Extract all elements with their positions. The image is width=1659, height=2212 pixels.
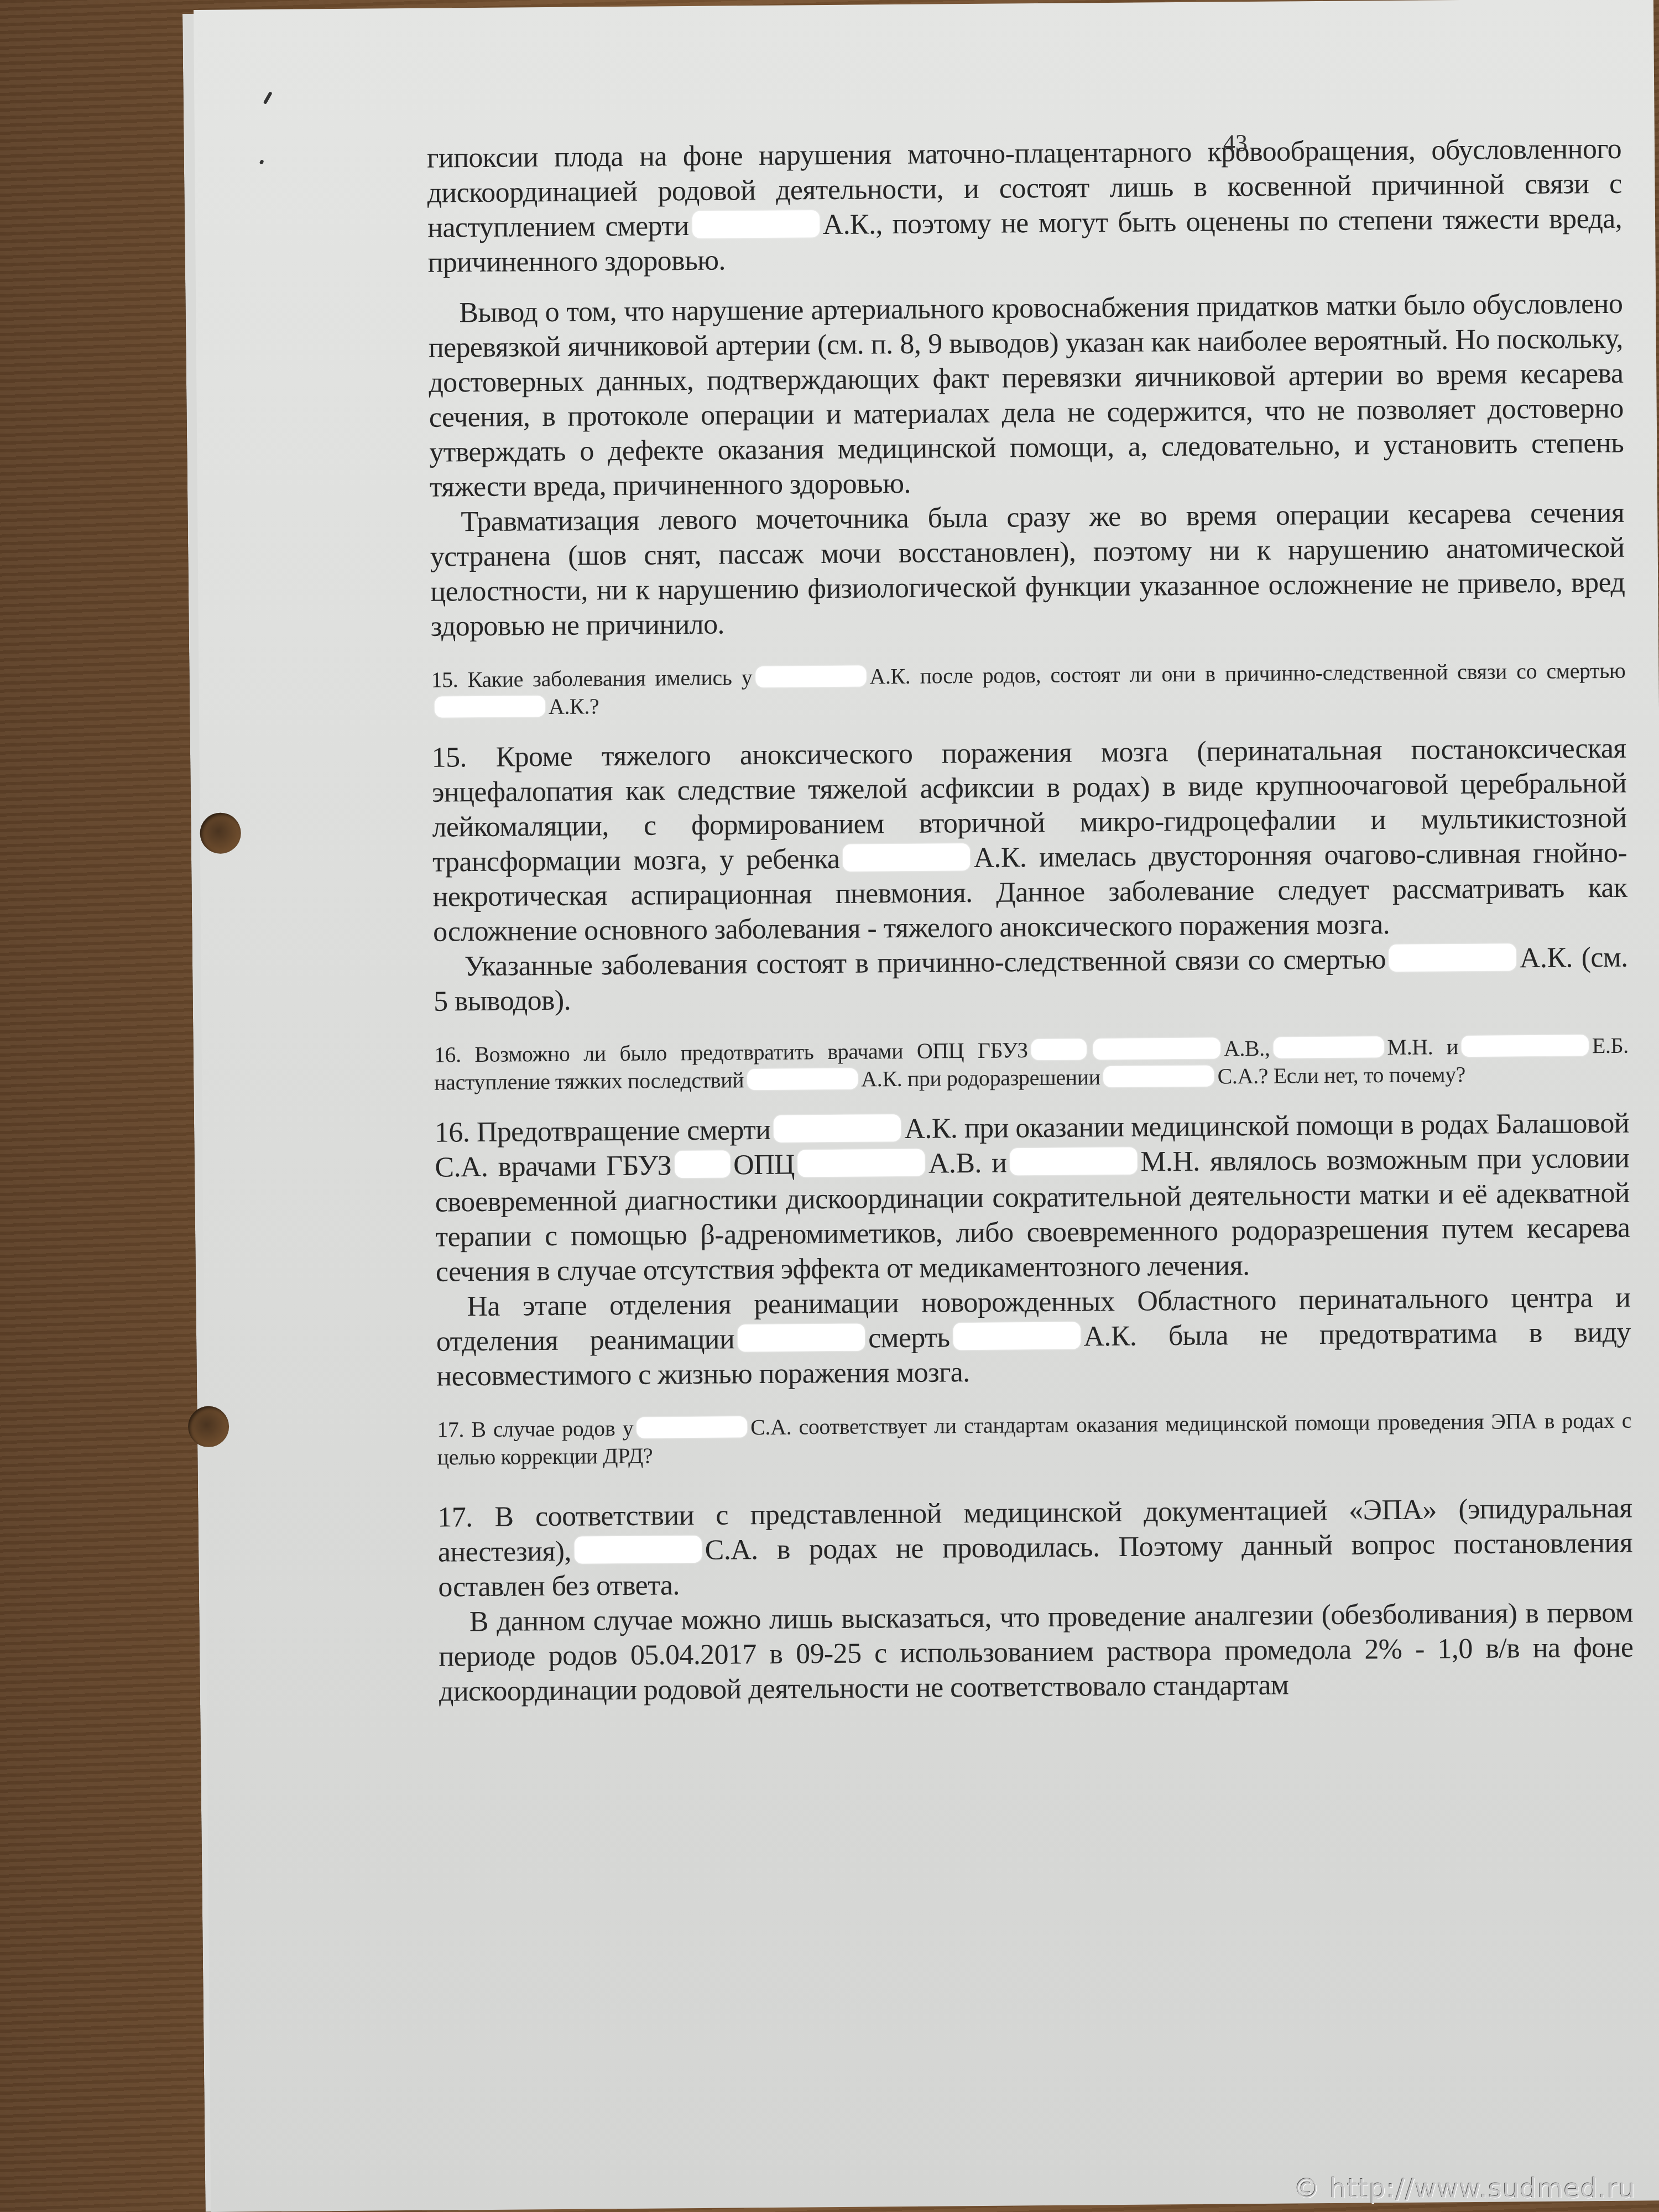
document-page: 43 гипоксии плода на фоне нарушения мато…: [194, 0, 1659, 2212]
redacted-name: [843, 843, 970, 872]
redacted-name: [1273, 1036, 1384, 1058]
staple-mark: [263, 91, 273, 105]
redacted-name: [1104, 1065, 1214, 1087]
redacted-name: [1389, 943, 1516, 972]
question-17: 17. В случае родов уС.А. соответствует л…: [437, 1407, 1632, 1472]
answer-15-conclusion: Указанные заболевания состоят в причинно…: [433, 940, 1628, 1019]
page-number: 43: [1223, 129, 1248, 157]
redacted-name: [1010, 1147, 1137, 1176]
answer-17: 17. В соответствии с представленной меди…: [437, 1491, 1632, 1605]
document-body: 43 гипоксии плода на фоне нарушения мато…: [427, 126, 1634, 1709]
redacted-name: [738, 1323, 865, 1352]
punch-hole: [188, 1406, 229, 1448]
redacted-name: [755, 665, 866, 687]
watermark-url: © http://www.sudmed.ru: [1293, 2173, 1636, 2204]
redacted-name: [774, 1114, 901, 1142]
redacted-name: [435, 696, 545, 718]
redacted-name: [575, 1536, 702, 1564]
staple-mark: [259, 159, 264, 165]
question-16: 16. Возможно ли было предотвратить врача…: [434, 1032, 1629, 1097]
paragraph-continuation: гипоксии плода на фоне нарушения маточно…: [427, 126, 1623, 280]
redacted-name: [675, 1150, 730, 1178]
paragraph-ureter-trauma: Травматизация левого мочеточника была ср…: [430, 495, 1625, 644]
answer-16: 16. Предотвращение смертиА.К. при оказан…: [435, 1106, 1630, 1290]
question-15: 15. Какие заболевания имелись уА.К. посл…: [431, 657, 1626, 722]
redacted-name: [1462, 1035, 1589, 1057]
redacted-name: [637, 1416, 747, 1438]
redacted-name: [692, 210, 819, 238]
redacted-name: [1031, 1039, 1087, 1060]
redacted-name: [798, 1149, 925, 1177]
redacted-name: [1093, 1037, 1220, 1060]
answer-15: 15. Кроме тяжелого аноксического поражен…: [431, 731, 1627, 950]
answer-17-analgesia: В данном случае можно лишь высказаться, …: [439, 1595, 1634, 1709]
punch-hole: [200, 812, 241, 854]
redacted-name: [747, 1068, 858, 1090]
answer-16-reanimation: На этапе отделения реанимации новорожден…: [436, 1280, 1631, 1394]
paragraph-ovarian-artery: Вывод о том, что нарушение артериального…: [428, 286, 1624, 505]
redacted-name: [953, 1322, 1080, 1350]
